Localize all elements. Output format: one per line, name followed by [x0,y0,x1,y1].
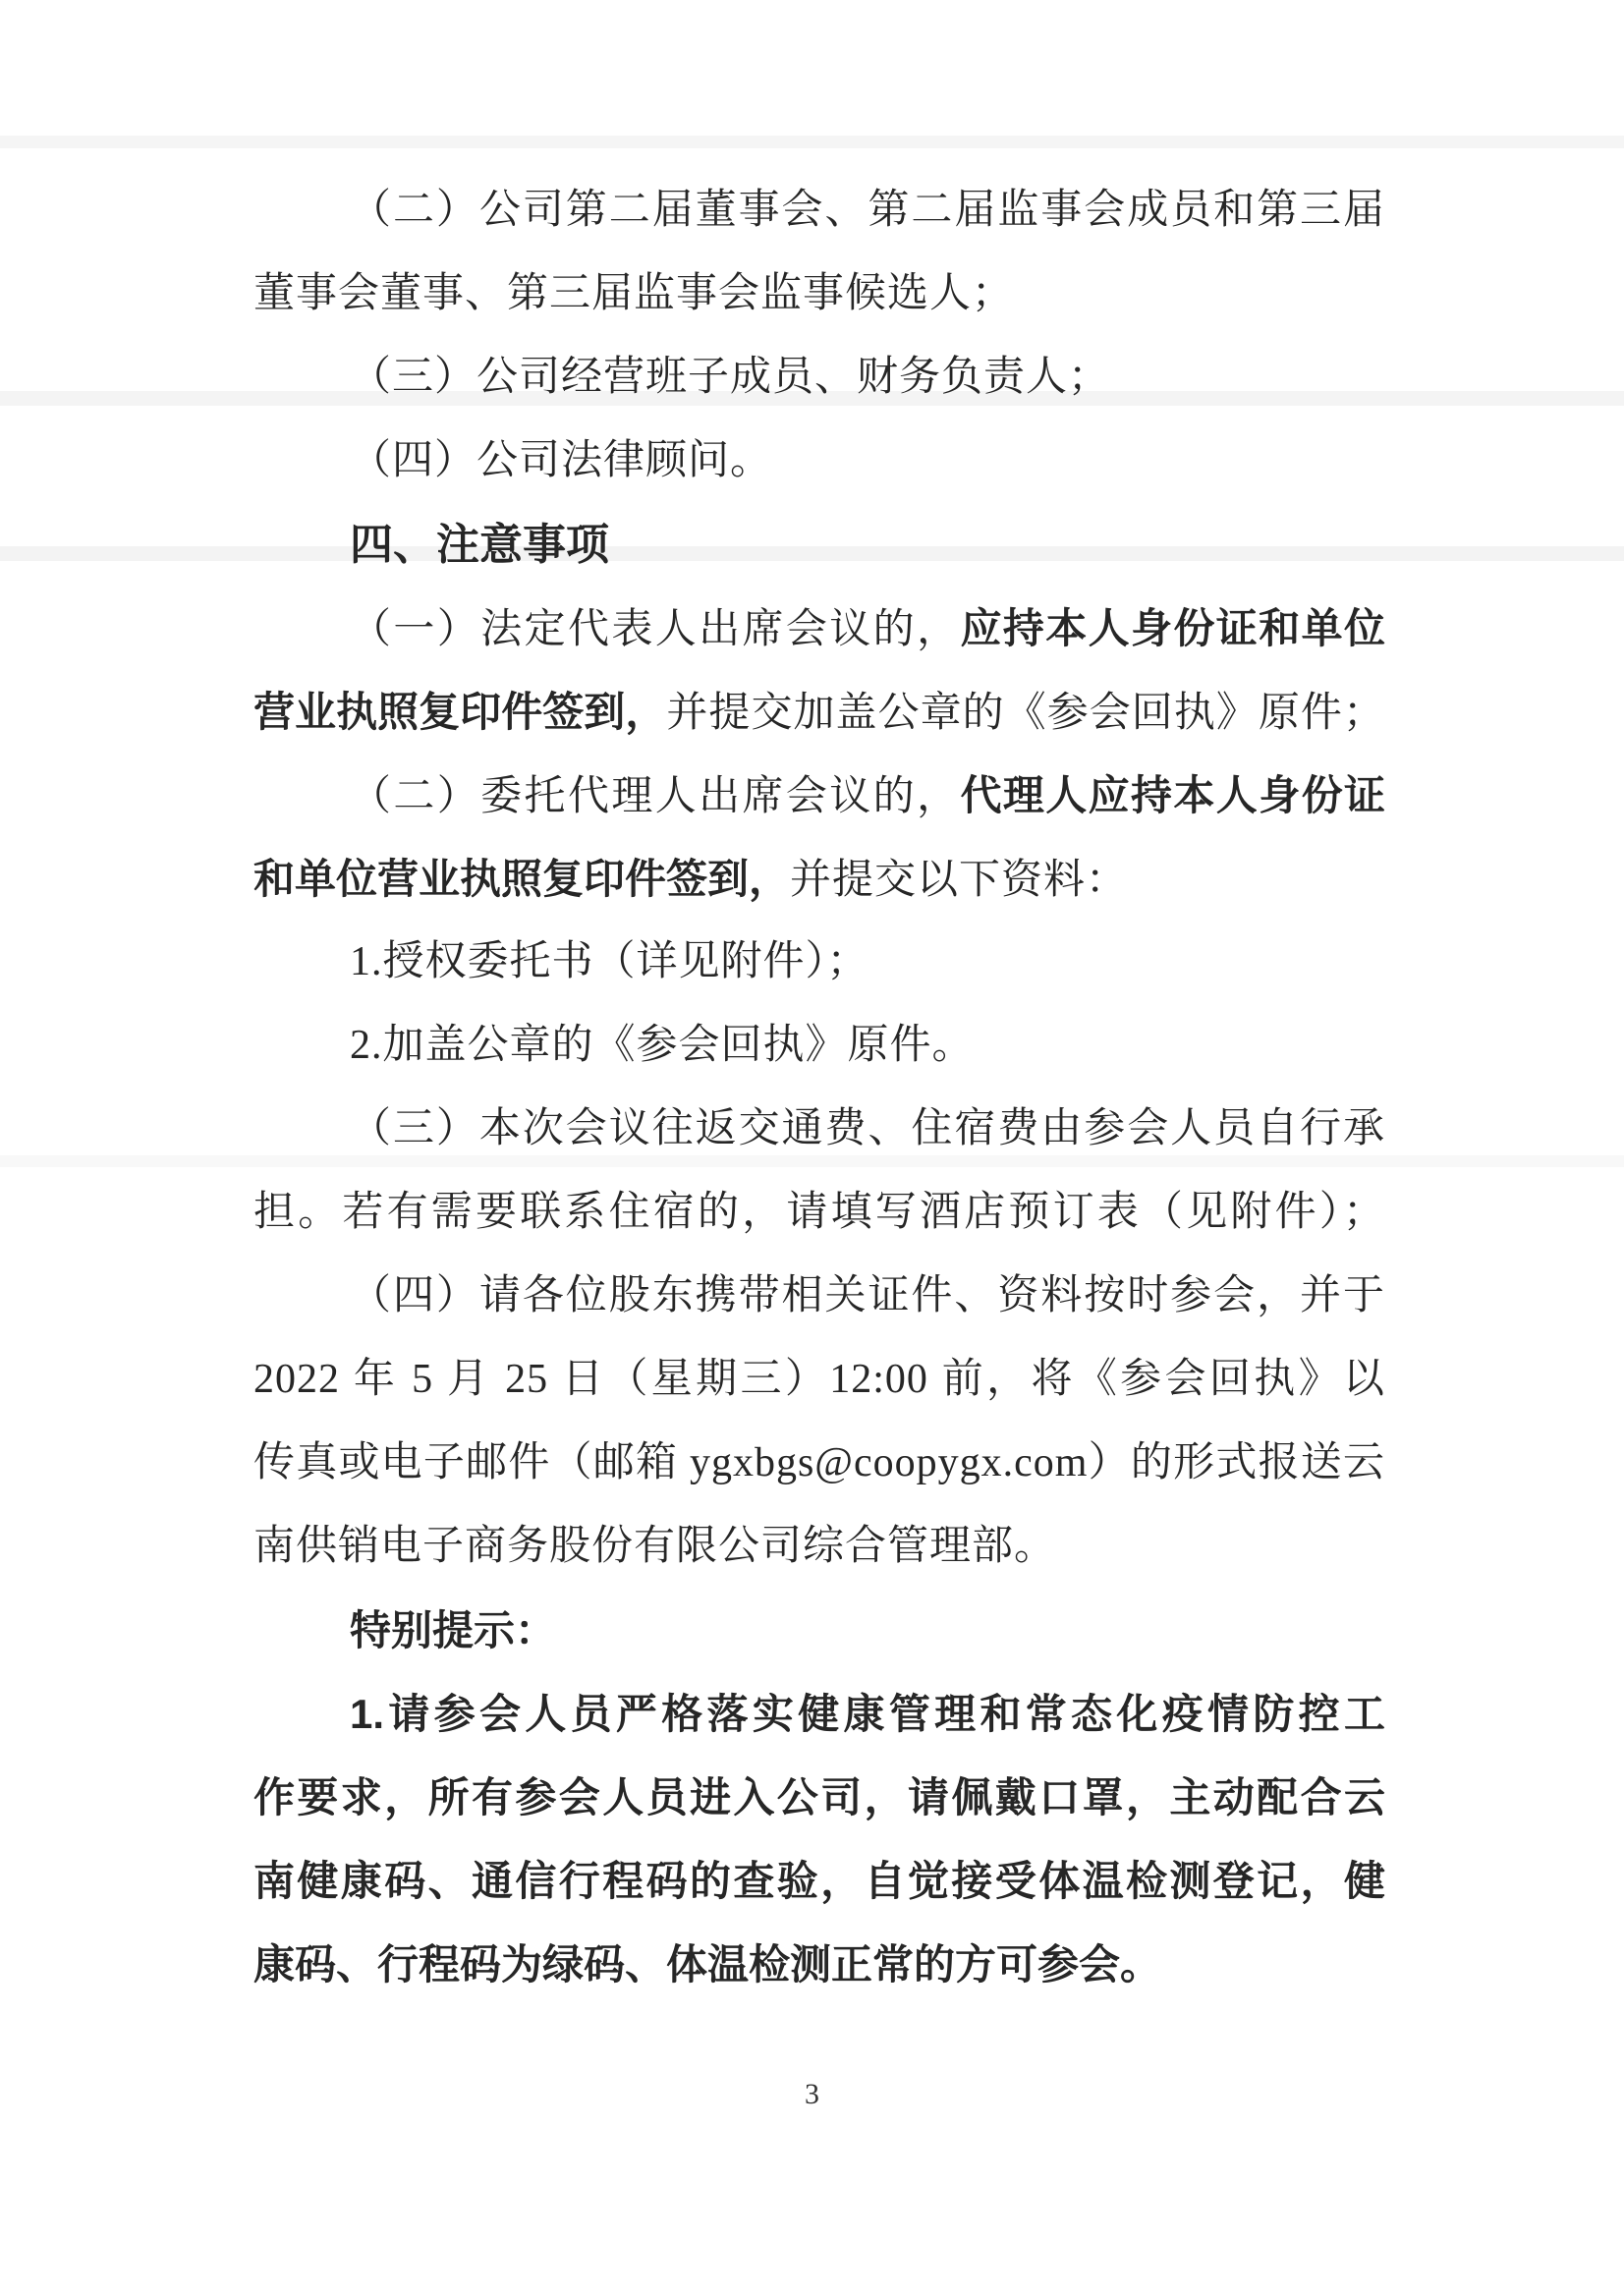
emphasized-text: 作要求，所有参会人员进入公司，请佩戴口罩，主动配合云 [253,1774,1385,1820]
scan-artifact-band [0,136,1624,148]
document-body: （二）公司第二届董事会、第二届监事会成员和第三届 董事会董事、第三届监事会监事候… [253,169,1385,2006]
paragraph-line-with-email: 传真或电子邮件（邮箱 ygxbgs@coopygx.com）的形式报送云 [253,1422,1385,1505]
text-segment: 2022 年 5 月 25 日（星期三）12:00 前，将《参会回执》以 [253,1357,1385,1402]
paragraph-line: 董事会董事、第三届监事会监事候选人； [253,252,1385,336]
heading-text: 特别提示： [350,1607,556,1653]
paragraph-line: 和单位营业执照复印件签到，并提交以下资料： [253,837,1385,921]
emphasized-text: 1.请参会人员严格落实健康管理和常态化疫情防控工 [350,1691,1385,1737]
text-segment: 担。若有需要联系住宿的，请填写酒店预订表（见附件）； [253,1190,1385,1235]
paragraph-line: （二）委托代理人出席会议的，代理人应持本人身份证 [253,754,1385,837]
text-segment: （四）公司法律顾问。 [350,438,772,483]
paragraph-line: （三）本次会议往返交通费、住宿费由参会人员自行承 [253,1088,1385,1171]
heading-text: 四、注意事项 [350,521,609,569]
paragraph-line: （三）公司经营班子成员、财务负责人； [253,336,1385,420]
paragraph-line: 康码、行程码为绿码、体温检测正常的方可参会。 [253,1923,1385,2006]
paragraph-line: 南健康码、通信行程码的查验，自觉接受体温检测登记，健 [253,1839,1385,1923]
paragraph-line: 担。若有需要联系住宿的，请填写酒店预订表（见附件）； [253,1171,1385,1255]
paragraph-line: （四）请各位股东携带相关证件、资料按时参会，并于 [253,1255,1385,1338]
list-item-line: 2.加盖公章的《参会回执》原件。 [253,1004,1385,1088]
emphasized-text: 代理人应持本人身份证 [960,772,1385,818]
paragraph-line: （四）公司法律顾问。 [253,420,1385,503]
text-segment: 董事会董事、第三届监事会监事候选人； [253,271,1014,316]
emphasized-text: 应持本人身份证和单位 [960,605,1385,651]
emphasized-text: 康码、行程码为绿码、体温检测正常的方可参会。 [253,1941,1161,1987]
text-segment: （三）公司经营班子成员、财务负责人； [350,355,1110,400]
list-item-line: 1.授权委托书（详见附件）； [253,921,1385,1004]
paragraph-line: 营业执照复印件签到，并提交加盖公章的《参会回执》原件； [253,670,1385,754]
paragraph-line: 南供销电子商务股份有限公司综合管理部。 [253,1505,1385,1589]
document-page: （二）公司第二届董事会、第二届监事会成员和第三届 董事会董事、第三届监事会监事候… [0,0,1624,2295]
emphasized-text: 营业执照复印件签到， [253,689,666,735]
text-segment: （二）公司第二届董事会、第二届监事会成员和第三届 [350,188,1385,233]
text-segment: 2.加盖公章的《参会回执》原件。 [350,1023,975,1068]
page-number: 3 [0,2075,1624,2114]
paragraph-line: 2022 年 5 月 25 日（星期三）12:00 前，将《参会回执》以 [253,1338,1385,1422]
paragraph-line: （二）公司第二届董事会、第二届监事会成员和第三届 [253,169,1385,252]
text-segment: 并提交加盖公章的《参会回执》原件； [666,691,1385,736]
text-segment: 1.授权委托书（详见附件）； [350,939,869,984]
text-segment: 并提交以下资料： [790,858,1128,903]
paragraph-line: 作要求，所有参会人员进入公司，请佩戴口罩，主动配合云 [253,1756,1385,1839]
section-heading: 四、注意事项 [253,503,1385,587]
emphasized-text: 南健康码、通信行程码的查验，自觉接受体温检测登记，健 [253,1858,1385,1904]
text-segment: 南供销电子商务股份有限公司综合管理部。 [253,1524,1056,1569]
text-segment: （一）法定代表人出席会议的， [350,607,960,652]
paragraph-line: 1.请参会人员严格落实健康管理和常态化疫情防控工 [253,1672,1385,1756]
text-segment: （四）请各位股东携带相关证件、资料按时参会，并于 [350,1273,1385,1318]
text-segment: 传真或电子邮件（邮箱 ygxbgs@coopygx.com）的形式报送云 [253,1440,1385,1485]
text-segment: （二）委托代理人出席会议的， [350,774,960,819]
emphasized-text: 和单位营业执照复印件签到， [253,856,790,902]
text-segment: （三）本次会议往返交通费、住宿费由参会人员自行承 [350,1106,1385,1151]
paragraph-line: （一）法定代表人出席会议的，应持本人身份证和单位 [253,587,1385,670]
notice-heading: 特别提示： [253,1589,1385,1672]
